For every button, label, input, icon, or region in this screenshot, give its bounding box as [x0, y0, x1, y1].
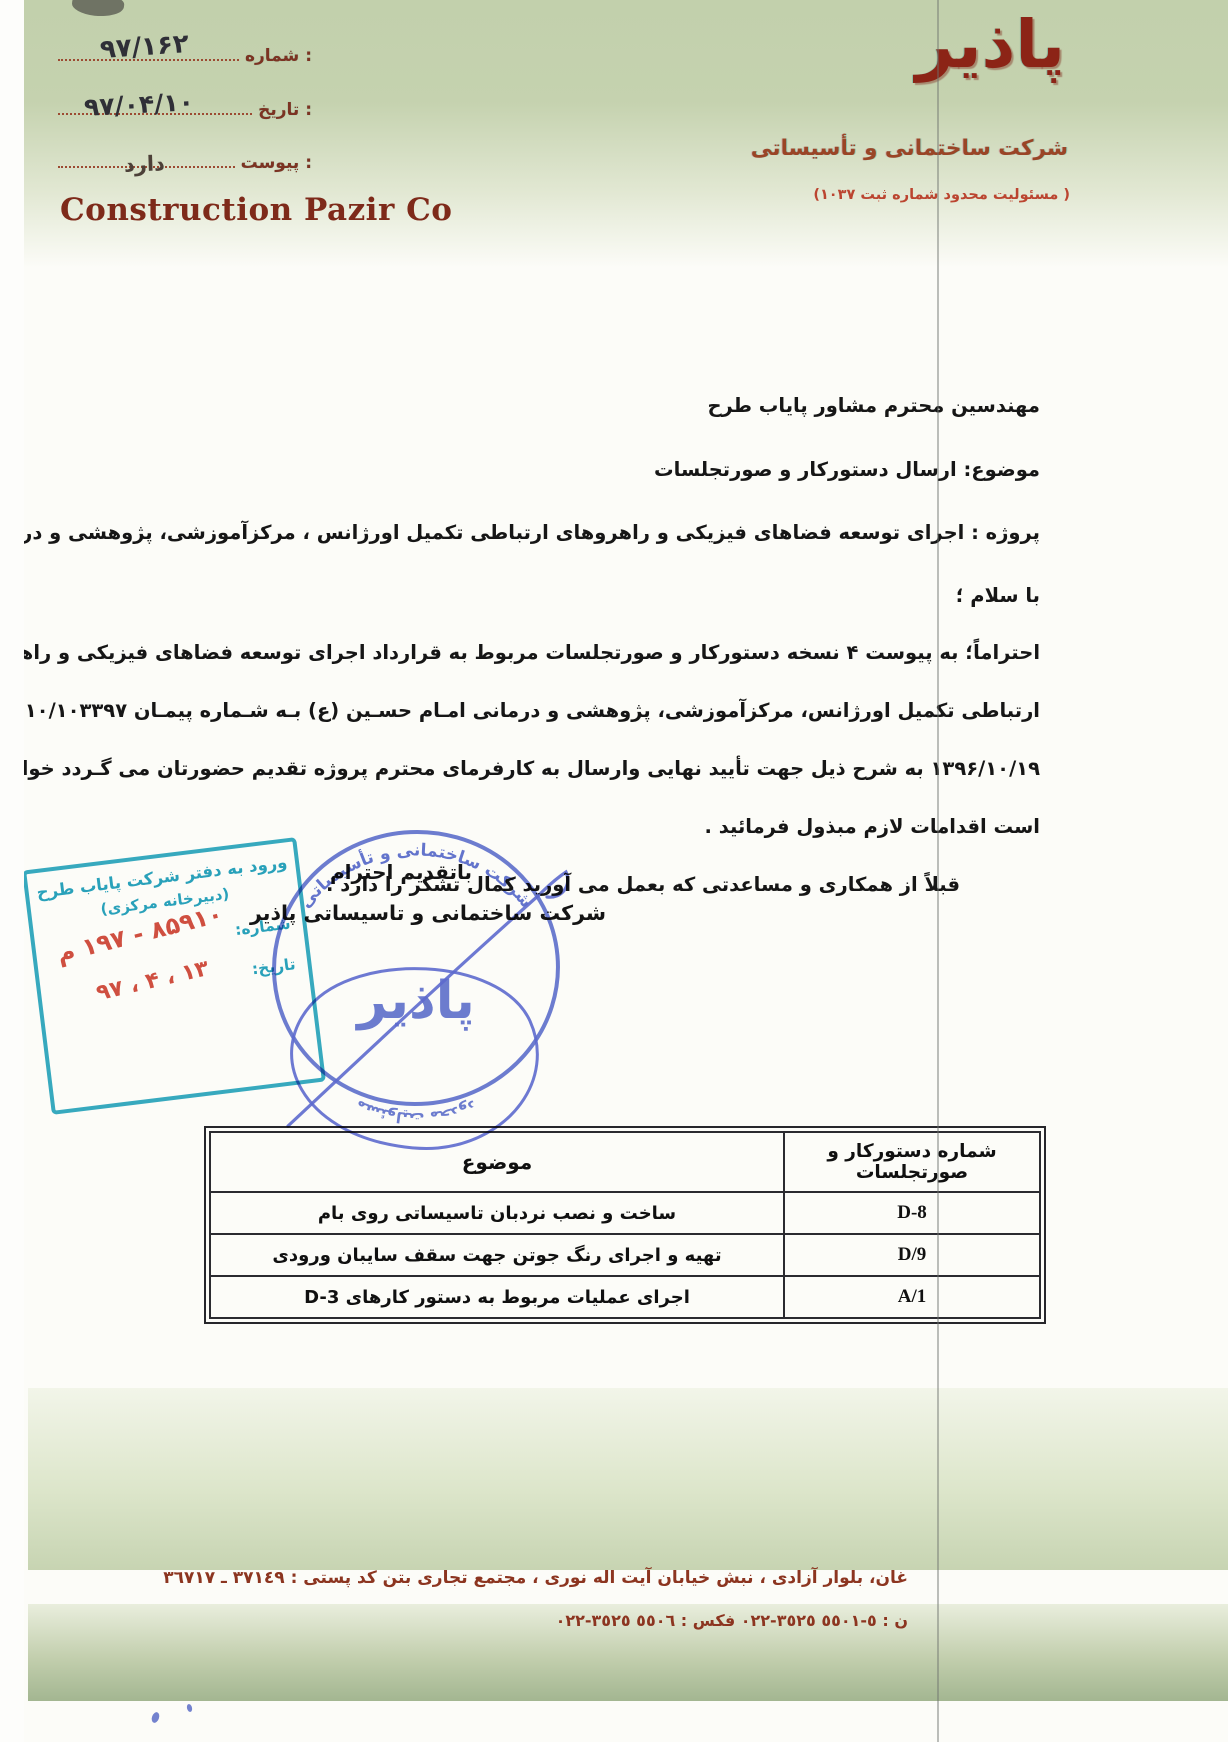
- company-subtitle: شرکت ساختمانی و تأسیساتی: [751, 136, 1068, 161]
- scan-left-margin: [0, 0, 24, 1742]
- project-line: پروژه : اجرای توسعه فضاهای فیزیکی و راهر…: [0, 521, 1040, 544]
- footer-phone-fax: ن : ٥-٥٥٠١ ٣٥٢٥-٠٢٢ فکس : ٥٥٠٦ ٣٥٢٥-٠٢٢: [556, 1611, 908, 1630]
- subject-line: موضوع: ارسال دستورکار و صورتجلسات: [654, 458, 1040, 481]
- cell-number: D-8: [784, 1192, 1040, 1234]
- body-line-1: احتراماً؛ به پیوست ۴ نسخه دستورکار و صور…: [0, 641, 1040, 664]
- table-row: A/1 اجرای عملیات مربوط به دستور کارهای D…: [210, 1276, 1040, 1318]
- company-round-stamp: شرکت ساختمانی و تأسیساتی پاذیر مسئولیت م…: [248, 796, 580, 1162]
- scanned-letter-page: شماره : ۹۷/۱۶۲ تاریخ : ۹۷/۰۴/۱۰ پیوست : …: [0, 0, 1228, 1742]
- date-handwritten-value: ۹۷/۰۴/۱۰: [83, 87, 194, 122]
- body-line-3: ۱۳۹۶/۱۰/۱۹ به شرح ذیل جهت تأیید نهایی وا…: [0, 757, 1040, 780]
- footer-address: غان، بلوار آزادی ، نبش خیابان آیت اله نو…: [163, 1568, 908, 1588]
- ref-row-date: تاریخ : ۹۷/۰۴/۱۰: [58, 82, 314, 120]
- cell-subject: اجرای عملیات مربوط به دستور کارهای D-3: [210, 1276, 784, 1318]
- cell-number: D/9: [784, 1234, 1040, 1276]
- cell-subject: ساخت و نصب نردبان تاسیساتی روی بام: [210, 1192, 784, 1234]
- attachment-handwritten-value: دارد: [124, 151, 166, 176]
- stamp-top-text: شرکت ساختمانی و تأسیساتی: [296, 840, 537, 912]
- cell-number: A/1: [784, 1276, 1040, 1318]
- stamp-bottom-text: مسئولیت محدود: [353, 1096, 479, 1127]
- ink-speck: [150, 1711, 160, 1724]
- company-registration: (مسئولیت محدود شماره ثبت ۱۰۳۷ ): [813, 187, 1070, 203]
- ink-speck: [186, 1703, 193, 1712]
- table-row: D-8 ساخت و نصب نردبان تاسیساتی روی بام: [210, 1192, 1040, 1234]
- number-handwritten-value: ۹۷/۱۶۲: [99, 29, 190, 65]
- header-cell-number: شماره دستورکار و صورتجلسات: [784, 1132, 1040, 1192]
- reference-block: شماره : ۹۷/۱۶۲ تاریخ : ۹۷/۰۴/۱۰ پیوست : …: [58, 28, 314, 173]
- body-line-4: است اقدامات لازم مبذول فرمائید .: [705, 815, 1040, 838]
- body-line-2: ارتباطی تکمیل اورژانس، مرکزآموزشی، پژوهش…: [0, 699, 1040, 722]
- recipient-line: مهندسین محترم مشاور پایاب طرح: [707, 394, 1040, 417]
- salutation-line: با سلام ؛: [956, 584, 1040, 607]
- stamp-center-text: پاذیر: [354, 971, 475, 1031]
- footer-green-band-upper: [28, 1388, 1228, 1570]
- table-row: D/9 تهیه و اجرای رنگ جوتن جهت سقف سایبان…: [210, 1234, 1040, 1276]
- ref-row-attachment: پیوست : دارد: [58, 135, 314, 173]
- company-latin-name: Construction Pazir Co: [60, 192, 452, 228]
- scan-fold-line: [937, 0, 939, 1742]
- attachment-label: پیوست :: [241, 153, 314, 173]
- number-label: شماره :: [245, 46, 314, 66]
- cell-subject: تهیه و اجرای رنگ جوتن جهت سقف سایبان ورو…: [210, 1234, 784, 1276]
- date-label: تاریخ :: [258, 100, 314, 120]
- ref-row-number: شماره : ۹۷/۱۶۲: [58, 28, 314, 66]
